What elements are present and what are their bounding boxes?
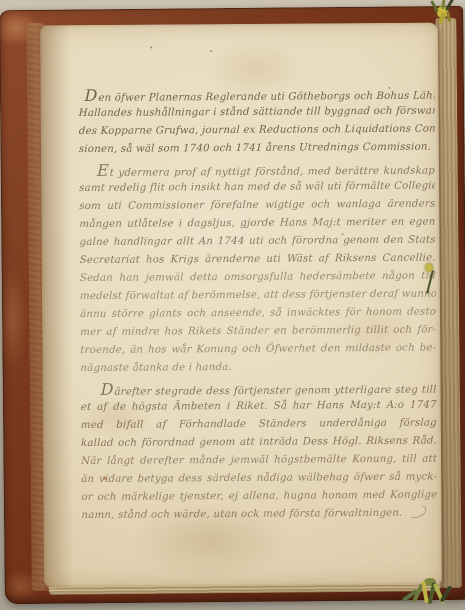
- manuscript-paragraph: Et ydermera prof af nyttigt förstånd, me…: [79, 160, 436, 378]
- photo-background: { "book": { "cover_color": "#70301a", "c…: [0, 0, 465, 610]
- tassel-strand: [430, 0, 439, 13]
- bookmark-tassel-edge: [421, 260, 437, 296]
- manuscript-paragraph: Den öfwer Planernas Reglerande uti Göthe…: [78, 85, 434, 159]
- manuscript-page: Den öfwer Planernas Reglerande uti Göthe…: [40, 23, 442, 588]
- book-cover: Den öfwer Planernas Reglerande uti Göthe…: [0, 6, 465, 604]
- page-speck: [103, 477, 106, 480]
- page-speck: [150, 47, 152, 49]
- bookmark-tassel-bottom: [404, 577, 462, 610]
- manuscript-line: sionen, så wäl som 1740 och 1741 årens U…: [79, 139, 435, 159]
- tassel-strand: [446, 11, 451, 22]
- gutter-shadow: [40, 25, 74, 587]
- page-speck: [210, 50, 212, 52]
- bookmark-tassel-top: [428, 0, 465, 30]
- page-speck: [388, 87, 390, 89]
- tassel-strand: [445, 0, 454, 11]
- tassel-strand: [426, 270, 434, 294]
- page-speck: [342, 233, 344, 235]
- manuscript-paragraph: Därefter stegrade dess förtjenster genom…: [81, 379, 438, 525]
- manuscript-line: namn, stånd och wärde, utan ock med förs…: [81, 505, 437, 525]
- manuscript-text-block: Den öfwer Planernas Reglerande uti Göthe…: [78, 85, 437, 525]
- end-flourish: [406, 505, 428, 521]
- manuscript-line: nägnaste åtanka de i handa.: [80, 358, 436, 378]
